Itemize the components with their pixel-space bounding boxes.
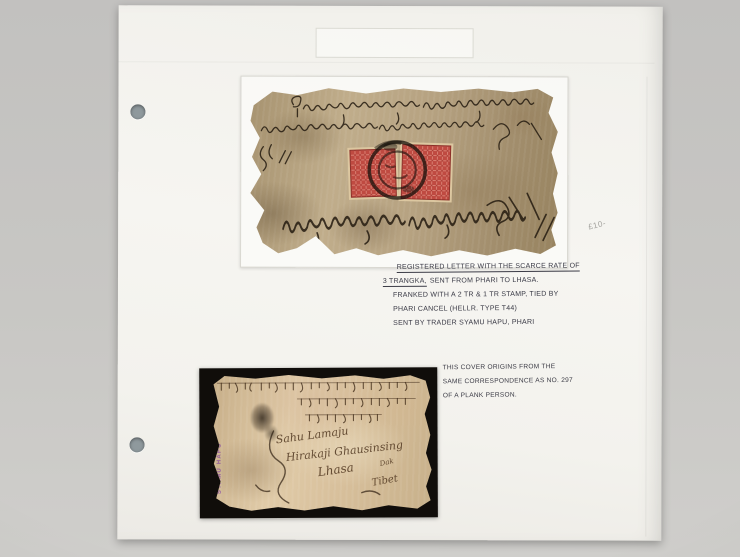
secondary-caption: THIS COVER ORIGINS FROM THE SAME CORRESP… — [442, 359, 617, 403]
top-cover-artwork — [247, 85, 559, 258]
main-caption: REGISTERED LETTER WITH THE SCARCE RATE O… — [383, 259, 589, 331]
caption-line-4: PHARI CANCEL (HELLR. TYPE T44) — [393, 301, 588, 317]
caption-line-5: SENT BY TRADER SYAMU HAPU, PHARI — [393, 315, 588, 331]
top-cover-tibet-envelope — [247, 85, 559, 258]
album-page: REGISTERED LETTER WITH THE SCARCE RATE O… — [117, 5, 662, 540]
caption-line-1: REGISTERED LETTER WITH THE SCARCE RATE O… — [397, 259, 588, 274]
punch-hole-top — [130, 104, 145, 119]
page-crease-line — [119, 61, 655, 63]
caption-line-3: FRANKED WITH A 2 TR & 1 TR STAMP, TIED B… — [393, 287, 588, 303]
bottom-cover-black-mount: SYAMU HAPU Sahu Lamaju Hirakaji Ghausins… — [199, 367, 438, 518]
bottom-cover-tibet-envelope: SYAMU HAPU Sahu Lamaju Hirakaji Ghausins… — [211, 372, 433, 512]
top-cover-clear-mount — [240, 76, 569, 269]
pencil-price-note: £10- — [587, 219, 607, 232]
page-protector-edge — [645, 77, 647, 537]
violet-handstamp: SYAMU HAPU — [217, 438, 223, 498]
photo-of-album-page: REGISTERED LETTER WITH THE SCARCE RATE O… — [0, 0, 740, 557]
title-label-holder — [316, 28, 474, 58]
punch-hole-bottom — [130, 437, 145, 452]
secondary-caption-line-3: OF A PLANK PERSON. — [443, 387, 618, 403]
